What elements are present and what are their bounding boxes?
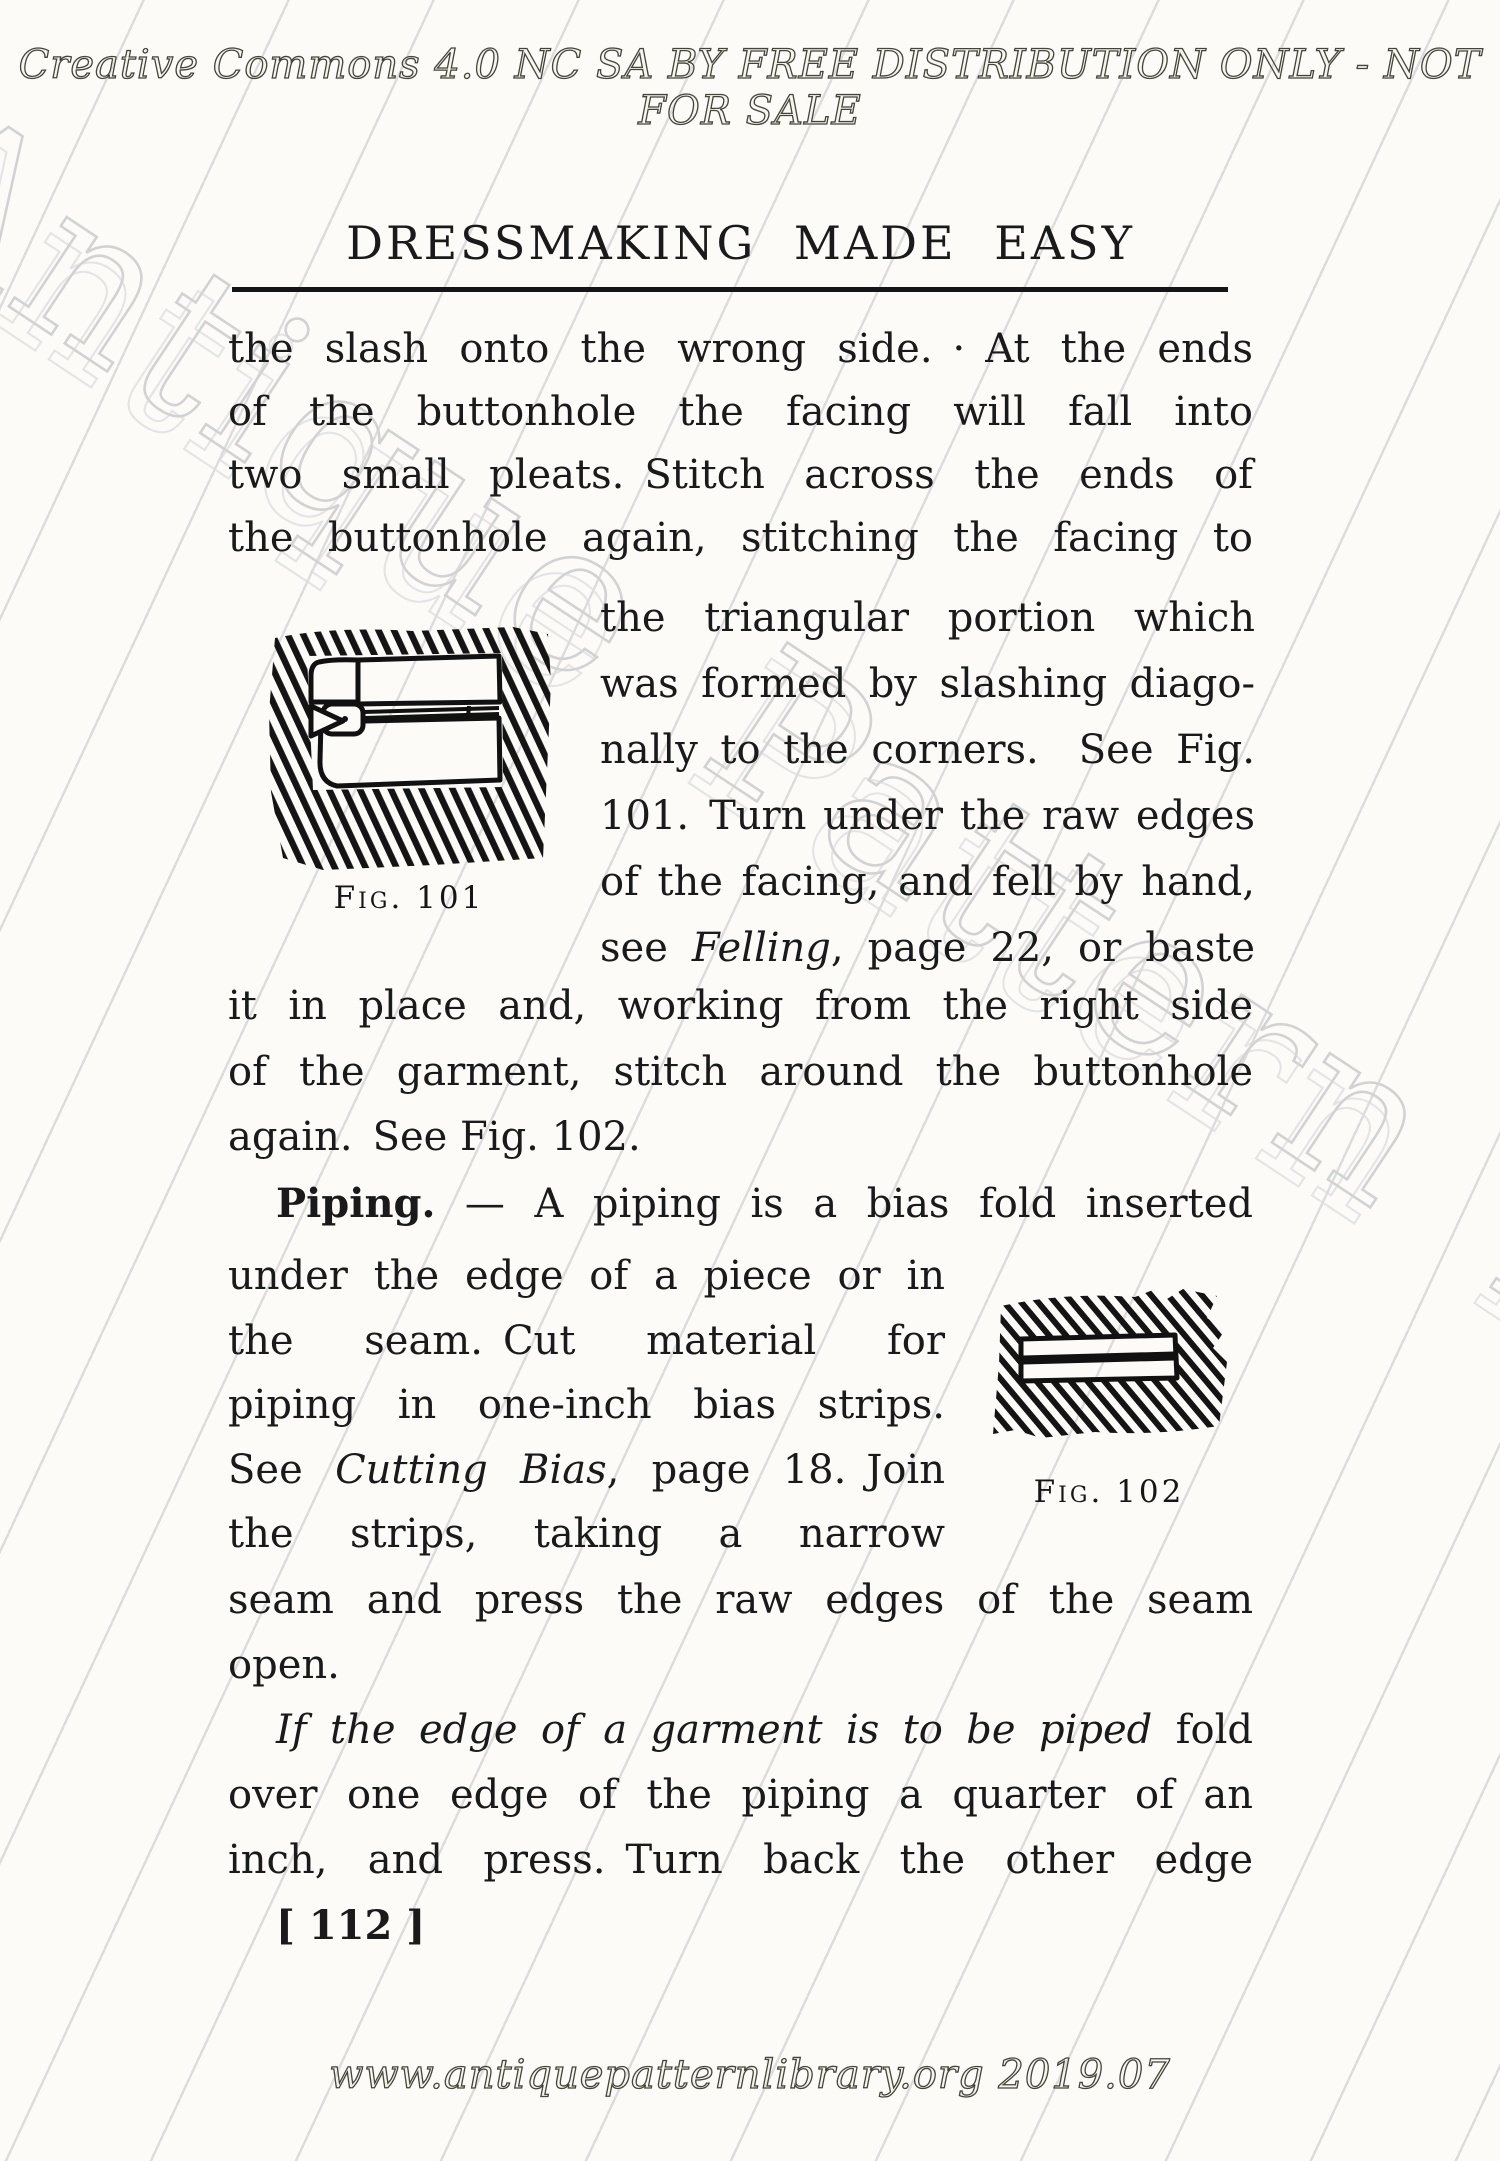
license-banner: Creative Commons 4.0 NC SA BY FREE DISTR…: [0, 42, 1500, 134]
text-line: open.: [228, 1633, 1253, 1698]
text-line: If the edge of a garment is to be piped …: [228, 1698, 1253, 1763]
figure-101-illustration: [263, 622, 555, 874]
text-line: of the buttonhole the facing will fall i…: [228, 381, 1253, 444]
text-line: seam and press the raw edges of the seam: [228, 1568, 1253, 1633]
paragraph-middle: it in place and, working from the right …: [228, 974, 1253, 1237]
figure-102-illustration: [985, 1284, 1233, 1446]
paragraph-bottom: seam and press the raw edges of the seam…: [228, 1568, 1253, 1959]
text-line: nally to the corners. See Fig.: [600, 717, 1255, 783]
footer-url: www.antiquepatternlibrary.org 2019.07: [0, 2052, 1500, 2098]
buttonhole-facing-drawing: [263, 622, 555, 874]
text-line: piping in one-inch bias strips.: [228, 1373, 945, 1438]
figure-101-caption: Fig. 101: [263, 880, 555, 916]
text-line: [ 112 ]: [228, 1893, 1253, 1959]
text-line: the buttonhole again, stitching the faci…: [228, 507, 1253, 570]
text-line: the triangular portion which: [600, 585, 1255, 651]
text-line: See Cutting Bias, page 18. Join: [228, 1438, 945, 1503]
figure-102-caption: Fig. 102: [985, 1474, 1233, 1510]
text-line: it in place and, working from the right …: [228, 974, 1253, 1040]
paragraph-beside-figure-101: the triangular portion whichwas formed b…: [600, 585, 1255, 981]
text-line: two small pleats. Stitch across the ends…: [228, 444, 1253, 507]
text-line: the slash onto the wrong side. · At the …: [228, 318, 1253, 381]
paragraph-beside-figure-102: under the edge of a piece or inthe seam.…: [228, 1244, 945, 1567]
text-line: Piping. — A piping is a bias fold insert…: [228, 1171, 1253, 1238]
scanned-book-page: Creative Commons 4.0 NC SA BY FREE DISTR…: [0, 0, 1500, 2161]
text-line: the strips, taking a narrow: [228, 1502, 945, 1567]
text-line: the seam. Cut material for: [228, 1309, 945, 1374]
paragraph-top: the slash onto the wrong side. · At the …: [228, 318, 1253, 570]
piping-strip-drawing: [985, 1284, 1233, 1446]
text-line: of the facing, and fell by hand,: [600, 849, 1255, 915]
text-line: 101. Turn under the raw edges: [600, 783, 1255, 849]
text-line: inch, and press. Turn back the other edg…: [228, 1828, 1253, 1893]
text-line: again. See Fig. 102.: [228, 1105, 1253, 1171]
text-line: of the garment, stitch around the button…: [228, 1040, 1253, 1106]
page-title: DRESSMAKING MADE EASY: [228, 216, 1253, 270]
text-line: was formed by slashing diago-: [600, 651, 1255, 717]
text-line: over one edge of the piping a quarter of…: [228, 1763, 1253, 1828]
title-divider-rule: [232, 287, 1228, 292]
text-line: under the edge of a piece or in: [228, 1244, 945, 1309]
text-line: see Felling, page 22, or baste: [600, 915, 1255, 981]
